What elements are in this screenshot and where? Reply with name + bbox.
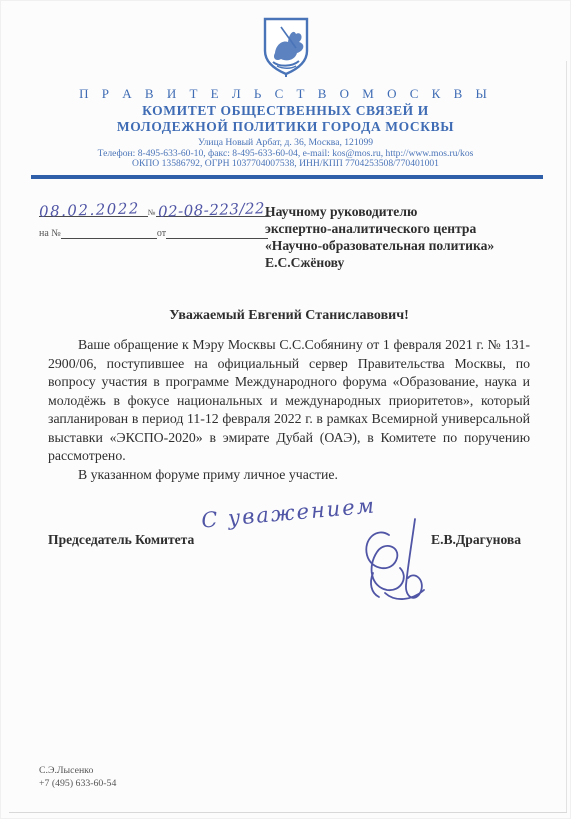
body-paragraph-2: В указанном форуме приму личное участие. — [48, 466, 530, 485]
signature-scribble-icon — [329, 513, 433, 610]
recipient-person: Е.С.Сжёнову — [265, 255, 533, 272]
reply-date-label: от — [157, 228, 166, 239]
scan-edge-bottom — [9, 812, 567, 813]
signer-name: Е.В.Драгунова — [431, 532, 521, 548]
number-sign: № — [148, 208, 157, 217]
reply-date-underline — [166, 238, 268, 239]
org-name-committee-line1: КОМИТЕТ ОБЩЕСТВЕННЫХ СВЯЗЕЙ И — [1, 104, 570, 118]
date-underline: 08.02.2022 — [39, 216, 148, 217]
recipient-org-line: экспертно-аналитического центра — [265, 221, 533, 238]
letterhead-org-block: П Р А В И Т Е Л Ь С Т В О М О С К В Ы КО… — [1, 86, 570, 133]
official-letter-page: П Р А В И Т Е Л Ь С Т В О М О С К В Ы КО… — [0, 0, 571, 819]
reply-number-underline — [61, 238, 157, 239]
reference-block: 08.02.2022 № 02-08-223/22 на №от — [39, 191, 271, 239]
org-registration-codes: ОКПО 13586792, ОГРН 1037704007538, ИНН/К… — [1, 159, 570, 170]
executor-block: С.Э.Лысенко +7 (495) 633-60-54 — [39, 765, 116, 790]
letterhead-divider — [31, 175, 543, 179]
moscow-coat-of-arms-icon — [261, 17, 311, 84]
scan-edge-right — [566, 61, 567, 812]
letter-body: Ваше обращение к Мэру Москвы С.С.Собянин… — [48, 336, 530, 484]
executor-phone: +7 (495) 633-60-54 — [39, 778, 116, 791]
recipient-org-name: «Научно-образовательная политика» — [265, 238, 533, 255]
executor-name: С.Э.Лысенко — [39, 765, 116, 778]
org-name-government: П Р А В И Т Е Л Ь С Т В О М О С К В Ы — [1, 86, 570, 102]
signer-position: Председатель Комитета — [48, 532, 194, 548]
handwritten-number: 02-08-223/22 — [158, 199, 266, 221]
incoming-number-line: на №от — [39, 217, 271, 239]
reply-number-label: на № — [39, 228, 61, 239]
handwritten-date: 08.02.2022 — [39, 199, 140, 221]
org-name-committee-line2: МОЛОДЕЖНОЙ ПОЛИТИКИ ГОРОДА МОСКВЫ — [1, 120, 570, 134]
number-underline: 02-08-223/22 — [156, 216, 271, 217]
salutation: Уважаемый Евгений Станиславович! — [48, 308, 530, 324]
recipient-role: Научному руководителю — [265, 204, 533, 221]
outgoing-number-line: 08.02.2022 № 02-08-223/22 — [39, 191, 271, 217]
letterhead-contact-block: Улица Новый Арбат, д. 36, Москва, 121099… — [1, 138, 570, 170]
body-paragraph-1: Ваше обращение к Мэру Москвы С.С.Собянин… — [48, 336, 530, 466]
recipient-block: Научному руководителю экспертно-аналитич… — [265, 204, 533, 272]
